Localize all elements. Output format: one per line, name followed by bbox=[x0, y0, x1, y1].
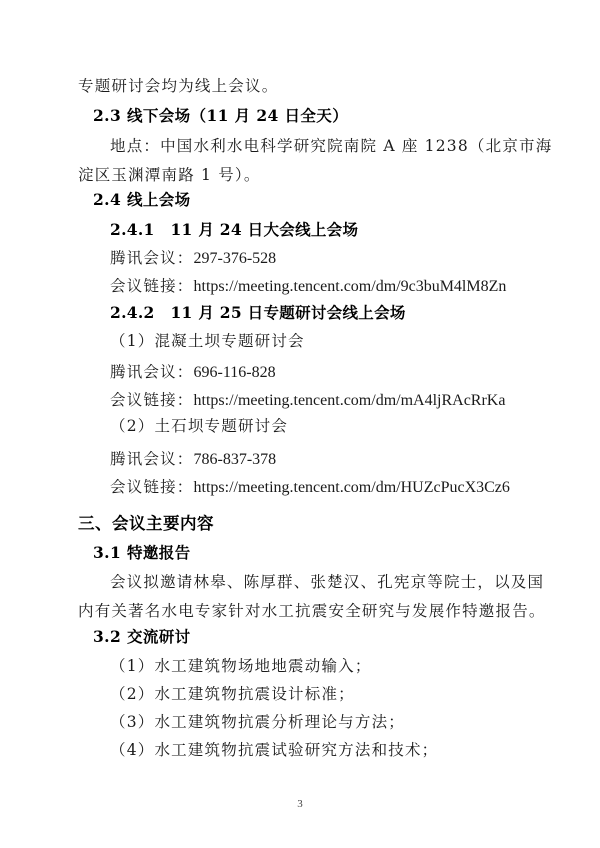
section-heading-3-1: 3.1 特邀报告 bbox=[93, 543, 191, 563]
sub-item-concrete-dam: （1）混凝土坝专题研讨会 bbox=[110, 331, 305, 351]
tencent-meeting-id: 297-376-528 bbox=[194, 250, 277, 267]
tencent-meeting-label: 腾讯会议： bbox=[110, 249, 194, 267]
discussion-topic-item: （3）水工建筑物抗震分析理论与方法； bbox=[110, 712, 405, 732]
meeting-link[interactable]: https://meeting.tencent.com/dm/9c3buM4lM… bbox=[194, 278, 507, 295]
section-heading-2-3: 2.3 线下会场（11 月 24 日全天） bbox=[93, 106, 348, 126]
invited-report-body-line-1: 会议拟邀请林皋、陈厚群、张楚汉、孔宪京等院士，以及国 bbox=[110, 572, 544, 592]
discussion-topic-item: （4）水工建筑物抗震试验研究方法和技术； bbox=[110, 740, 438, 760]
invited-report-body-line-2: 内有关著名水电专家针对水工抗震安全研究与发展作特邀报告。 bbox=[78, 601, 546, 621]
section-heading-2-4-1: 2.4.1 11 月 24 日大会线上会场 bbox=[110, 220, 358, 240]
meeting-link-label: 会议链接： bbox=[110, 478, 194, 496]
sub-item-earth-rock-dam: （2）土石坝专题研讨会 bbox=[110, 416, 288, 436]
meeting-link[interactable]: https://meeting.tencent.com/dm/HUZcPucX3… bbox=[194, 479, 510, 496]
page-number: 3 bbox=[0, 798, 600, 810]
tencent-meeting-row: 腾讯会议：297-376-528 bbox=[110, 248, 276, 269]
section-heading-3: 三、会议主要内容 bbox=[78, 514, 214, 534]
venue-address-line-2: 淀区玉渊潭南路 1 号）。 bbox=[78, 165, 261, 185]
tencent-meeting-label: 腾讯会议： bbox=[110, 450, 194, 468]
meeting-link-label: 会议链接： bbox=[110, 277, 194, 295]
discussion-topic-item: （2）水工建筑物抗震设计标准； bbox=[110, 684, 355, 704]
meeting-link-row: 会议链接：https://meeting.tencent.com/dm/mA4l… bbox=[110, 390, 505, 411]
meeting-link-row: 会议链接：https://meeting.tencent.com/dm/HUZc… bbox=[110, 477, 510, 498]
meeting-link[interactable]: https://meeting.tencent.com/dm/mA4ljRAcR… bbox=[194, 392, 506, 409]
tencent-meeting-row: 腾讯会议：786-837-378 bbox=[110, 449, 276, 470]
meeting-link-row: 会议链接：https://meeting.tencent.com/dm/9c3b… bbox=[110, 276, 506, 297]
section-heading-2-4: 2.4 线上会场 bbox=[93, 190, 191, 210]
meeting-link-label: 会议链接： bbox=[110, 391, 194, 409]
section-heading-3-2: 3.2 交流研讨 bbox=[93, 627, 191, 647]
section-heading-2-4-2: 2.4.2 11 月 25 日专题研讨会线上会场 bbox=[110, 303, 406, 323]
venue-address-line-1: 地点：中国水利水电科学研究院南院 A 座 1238（北京市海 bbox=[110, 136, 552, 156]
paragraph-continuation: 专题研讨会均为线上会议。 bbox=[78, 76, 278, 96]
tencent-meeting-label: 腾讯会议： bbox=[110, 363, 194, 381]
discussion-topic-item: （1）水工建筑物场地地震动输入； bbox=[110, 656, 372, 676]
tencent-meeting-id: 786-837-378 bbox=[194, 451, 277, 468]
tencent-meeting-row: 腾讯会议：696-116-828 bbox=[110, 362, 276, 383]
tencent-meeting-id: 696-116-828 bbox=[194, 364, 276, 381]
